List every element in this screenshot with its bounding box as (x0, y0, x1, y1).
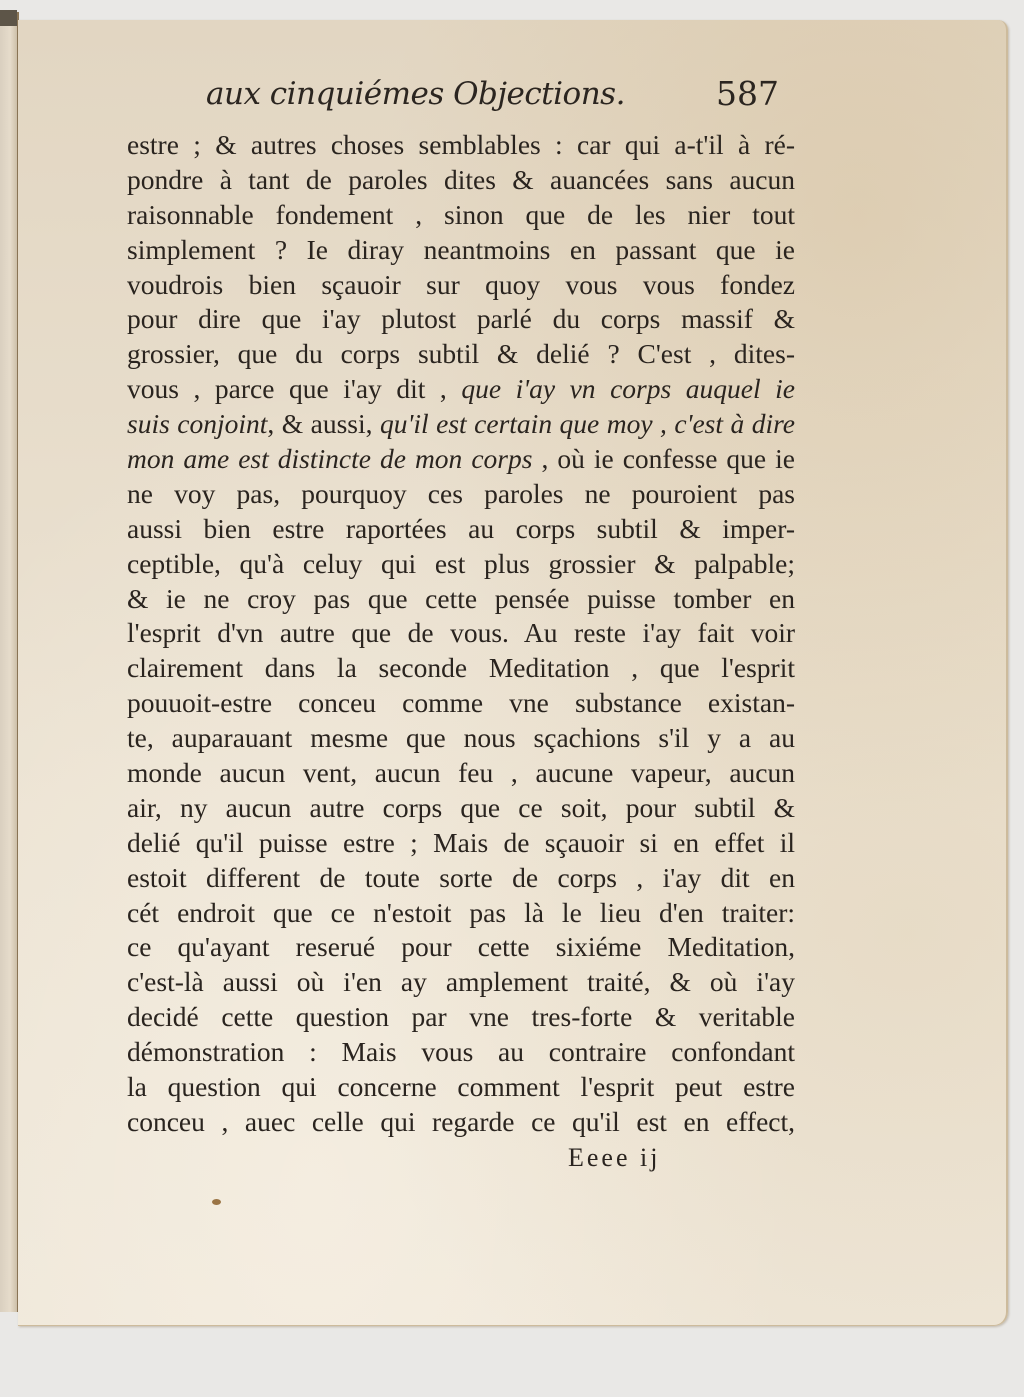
text-line: vous , parce que i'ay dit , que i'ay vn … (127, 372, 795, 407)
text-line: mon ame est distincte de mon corps , où … (127, 442, 795, 477)
text-line: pour dire que i'ay plutost parlé du corp… (127, 302, 795, 337)
text-line: decidé cette question par vne tres-forte… (127, 1000, 795, 1035)
text-line: ce qu'ayant reserué pour cette sixiéme M… (127, 930, 795, 965)
italic-quote: suis conjoint (127, 408, 267, 439)
text-line: delié qu'il puisse estre ; Mais de sçauo… (127, 826, 795, 861)
italic-quote: que i'ay vn corps auquel ie (461, 373, 795, 404)
text-line: raisonnable fondement , sinon que de les… (127, 198, 795, 233)
text-line: ceptible, qu'à celuy qui est plus grossi… (127, 547, 795, 582)
text-line: aussi bien estre raportées au corps subt… (127, 512, 795, 547)
page-number: 587 (716, 74, 779, 113)
binding-tab (0, 10, 17, 26)
text-line: & ie ne croy pas que cette pensée puisse… (127, 582, 795, 617)
body-text: estre ; & autres choses semblables : car… (127, 128, 795, 1140)
foxing-spot (212, 1199, 221, 1205)
text-line: clairement dans la seconde Meditation , … (127, 651, 795, 686)
text-line: cét endroit que ce n'estoit pas là le li… (127, 896, 795, 931)
text-line: simplement ? Ie diray neantmoins en pass… (127, 233, 795, 268)
text-line: estre ; & autres choses semblables : car… (127, 128, 795, 163)
running-title: aux cinquiémes Objections. (206, 76, 625, 112)
text-line: démonstration : Mais vous au contraire c… (127, 1035, 795, 1070)
signature-mark: Eeee ij (568, 1143, 660, 1173)
roman-text: , où ie confesse que ie (532, 443, 795, 474)
text-line: la question qui concerne comment l'espri… (127, 1070, 795, 1105)
text-line: pouuoit-estre conceu comme vne substance… (127, 686, 795, 721)
text-line: grossier, que du corps subtil & delié ? … (127, 337, 795, 372)
italic-quote: qu'il est certain que moy , c'est à dire (380, 408, 795, 439)
roman-text: , & aussi, (267, 408, 380, 439)
text-line: l'esprit d'vn autre que de vous. Au rest… (127, 616, 795, 651)
text-line: pondre à tant de paroles dites & auancée… (127, 163, 795, 198)
text-line: monde aucun vent, aucun feu , aucune vap… (127, 756, 795, 791)
italic-quote: mon ame est distincte de mon corps (127, 443, 532, 474)
roman-text: vous , parce que i'ay dit , (127, 373, 461, 404)
text-line: air, ny aucun autre corps que ce soit, p… (127, 791, 795, 826)
running-head: aux cinquiémes Objections. 587 (0, 76, 1024, 126)
text-line: te, auparauant mesme que nous sçachions … (127, 721, 795, 756)
text-line: suis conjoint, & aussi, qu'il est certai… (127, 407, 795, 442)
text-line: c'est-là aussi où i'en ay amplement trai… (127, 965, 795, 1000)
text-line: ne voy pas, pourquoy ces paroles ne pour… (127, 477, 795, 512)
text-line: estoit different de toute sorte de corps… (127, 861, 795, 896)
text-line: conceu , auec celle qui regarde ce qu'il… (127, 1105, 795, 1140)
text-line: voudrois bien sçauoir sur quoy vous vous… (127, 268, 795, 303)
adjacent-page-edge (0, 12, 19, 1312)
